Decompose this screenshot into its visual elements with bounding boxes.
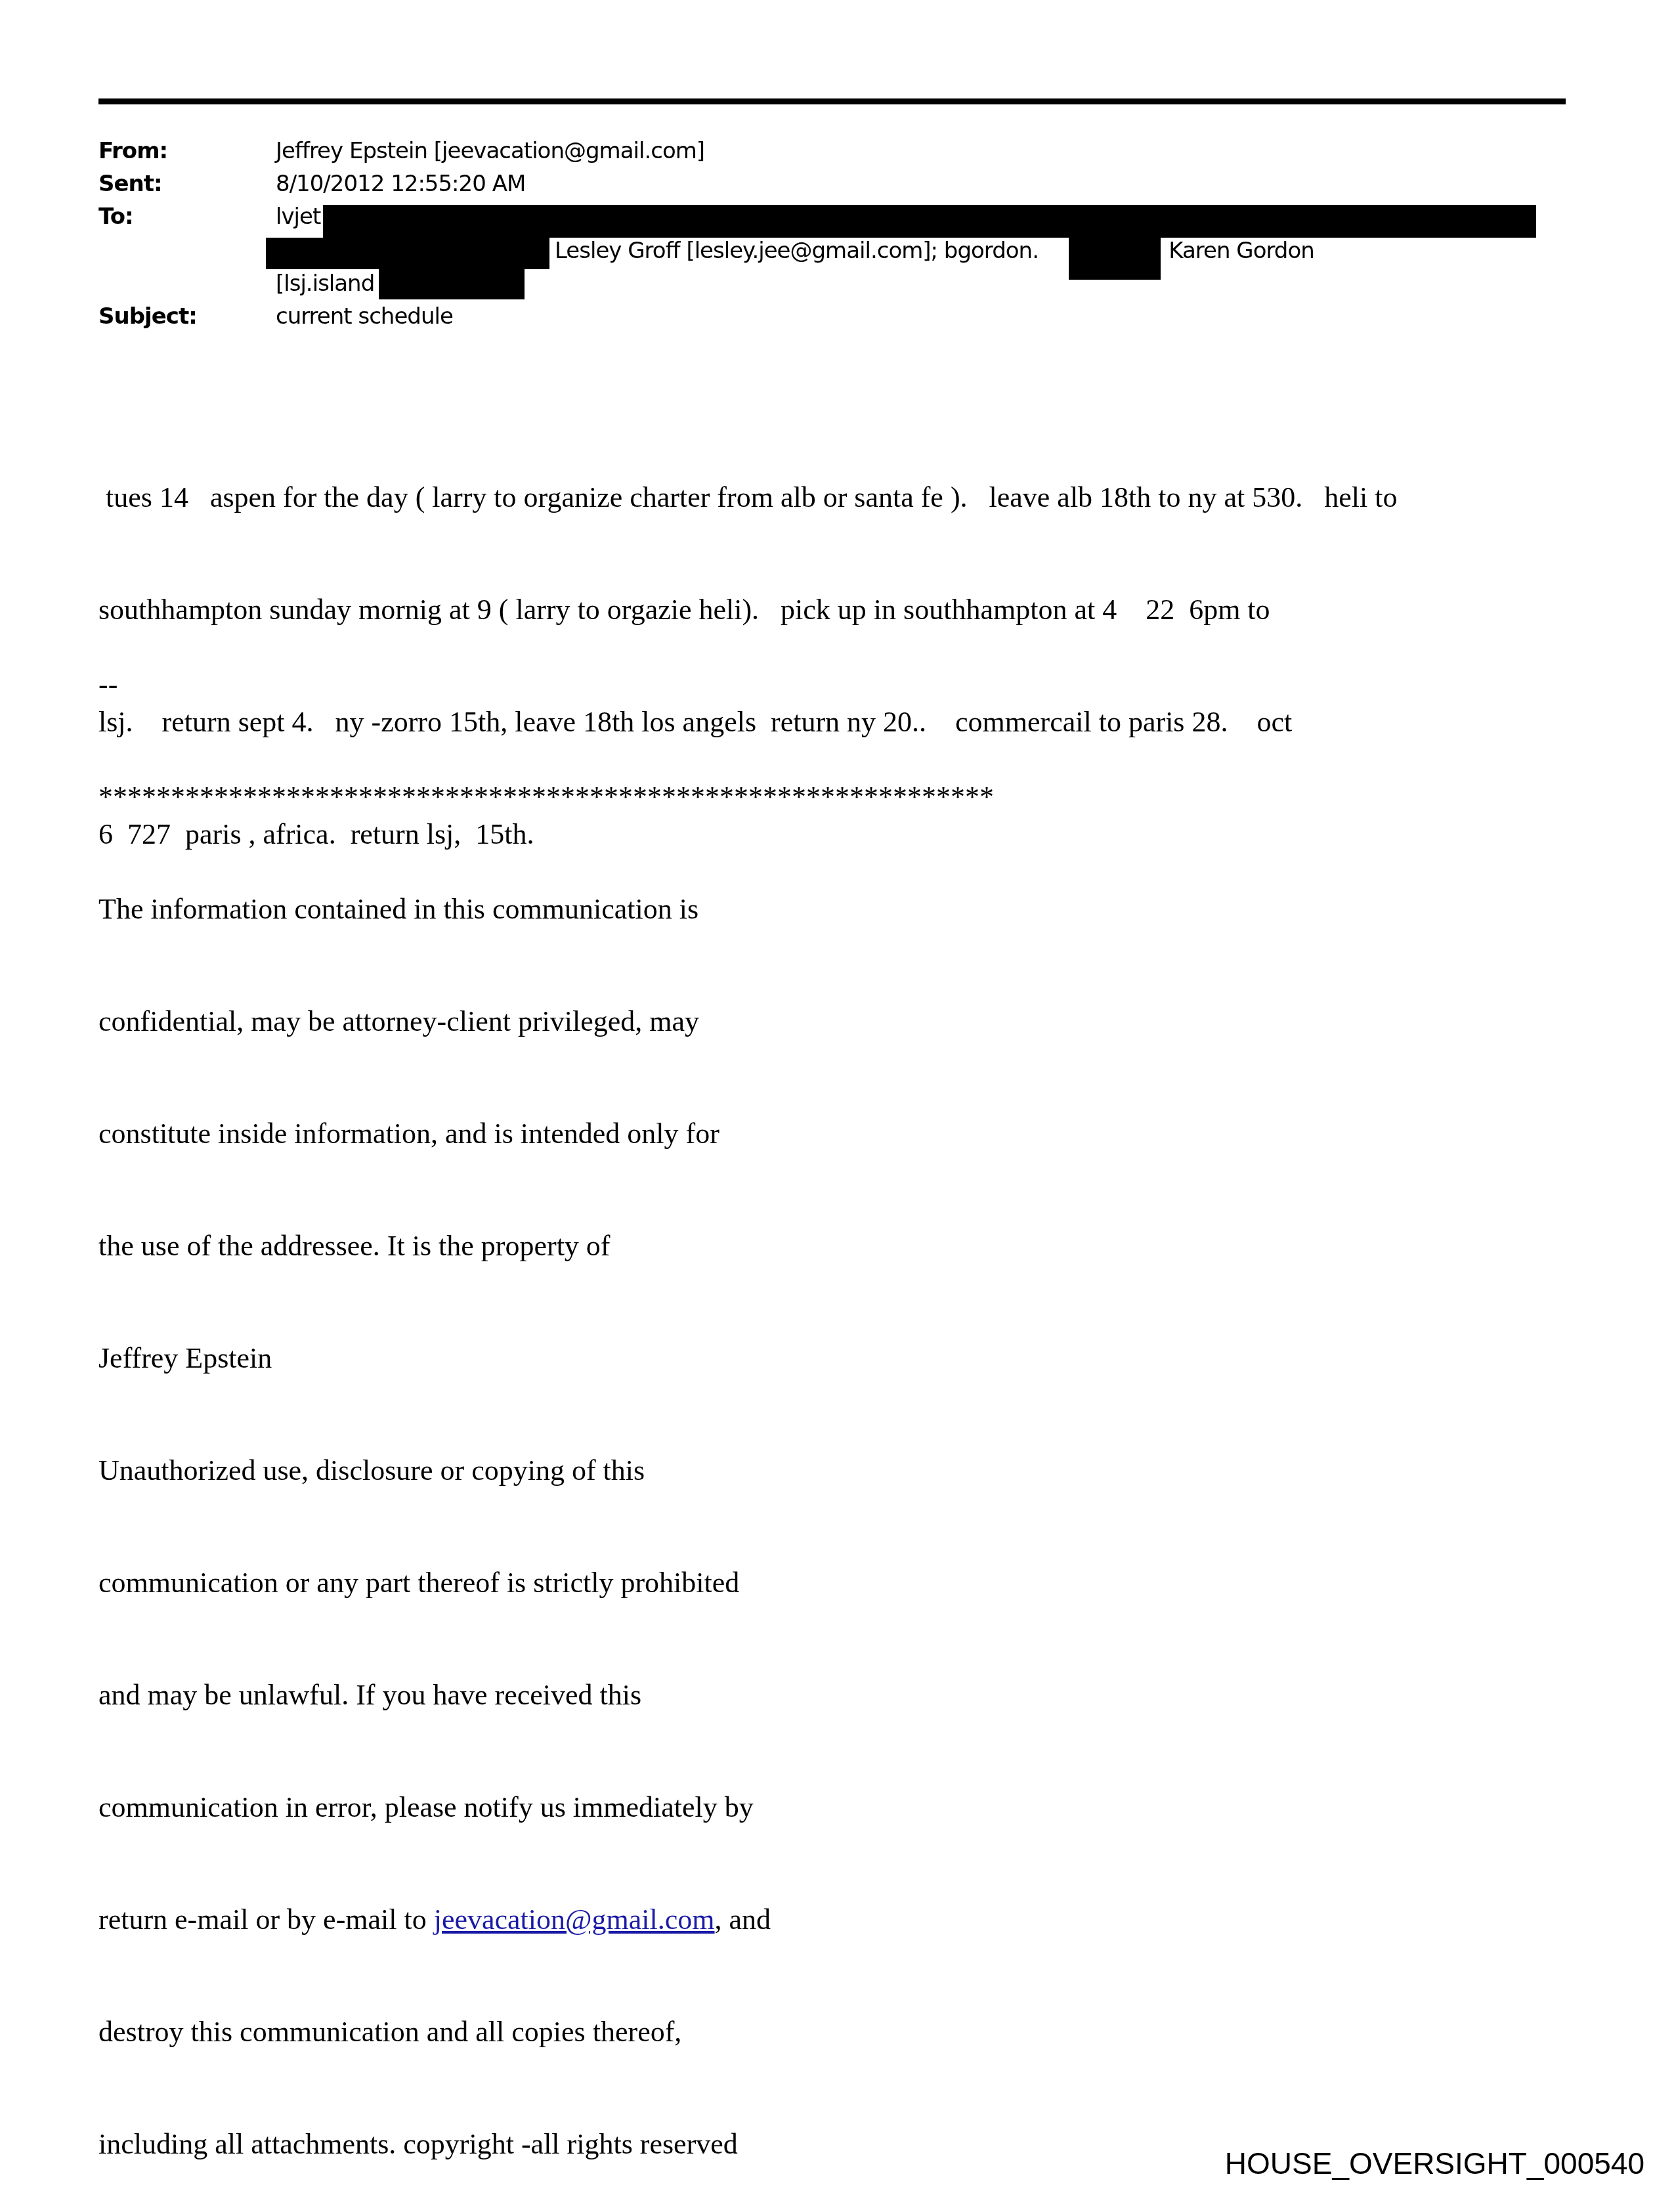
from-value: Jeffrey Epstein [jeevacation@gmail.com]	[276, 135, 704, 167]
subject-value: current schedule	[276, 301, 453, 332]
to-line2-suffix: ; Karen Gordon	[1155, 235, 1314, 267]
subject-label: Subject:	[98, 301, 197, 332]
redaction-box	[379, 269, 525, 299]
disclaimer-line: constitute inside information, and is in…	[98, 1115, 994, 1152]
disclaimer-email-line: return e-mail or by e-mail to jeevacatio…	[98, 1901, 994, 1938]
to-line3-prefix: [lsj.island	[276, 268, 374, 299]
to-label: To:	[98, 201, 133, 232]
redaction-box	[266, 238, 549, 269]
email-line-prefix: return e-mail or by e-mail to	[98, 1903, 434, 1936]
disclaimer-line: including all attachments. copyright -al…	[98, 2125, 994, 2163]
signature-dash: --	[98, 666, 994, 703]
header-rule	[98, 98, 1566, 104]
redaction-box	[1069, 238, 1161, 280]
redaction-box	[323, 205, 1536, 238]
body-line: tues 14 aspen for the day ( larry to org…	[98, 479, 1398, 516]
disclaimer-line: destroy this communication and all copie…	[98, 2013, 994, 2050]
signature-stars: ****************************************…	[98, 778, 994, 815]
sent-label: Sent:	[98, 168, 162, 200]
email-link[interactable]: jeevacation@gmail.com	[434, 1903, 715, 1936]
to-line1-prefix: lvjet	[276, 201, 320, 232]
disclaimer-line: the use of the addressee. It is the prop…	[98, 1227, 994, 1265]
disclaimer-line: Unauthorized use, disclosure or copying …	[98, 1452, 994, 1489]
disclaimer-line: communication in error, please notify us…	[98, 1789, 994, 1826]
disclaimer-line: confidential, may be attorney-client pri…	[98, 1003, 994, 1040]
from-label: From:	[98, 135, 167, 167]
email-line-suffix: , and	[715, 1903, 771, 1936]
disclaimer-line: communication or any part thereof is str…	[98, 1564, 994, 1601]
signature-block: -- *************************************…	[98, 591, 994, 2200]
disclaimer-line: Jeffrey Epstein	[98, 1339, 994, 1377]
bates-number: HOUSE_OVERSIGHT_000540	[1225, 2146, 1644, 2181]
disclaimer-line: and may be unlawful. If you have receive…	[98, 1676, 994, 1714]
disclaimer-line: The information contained in this commun…	[98, 890, 994, 928]
sent-value: 8/10/2012 12:55:20 AM	[276, 168, 525, 200]
to-line2-text: Lesley Groff [lesley.jee@gmail.com]; bgo…	[555, 235, 1039, 267]
